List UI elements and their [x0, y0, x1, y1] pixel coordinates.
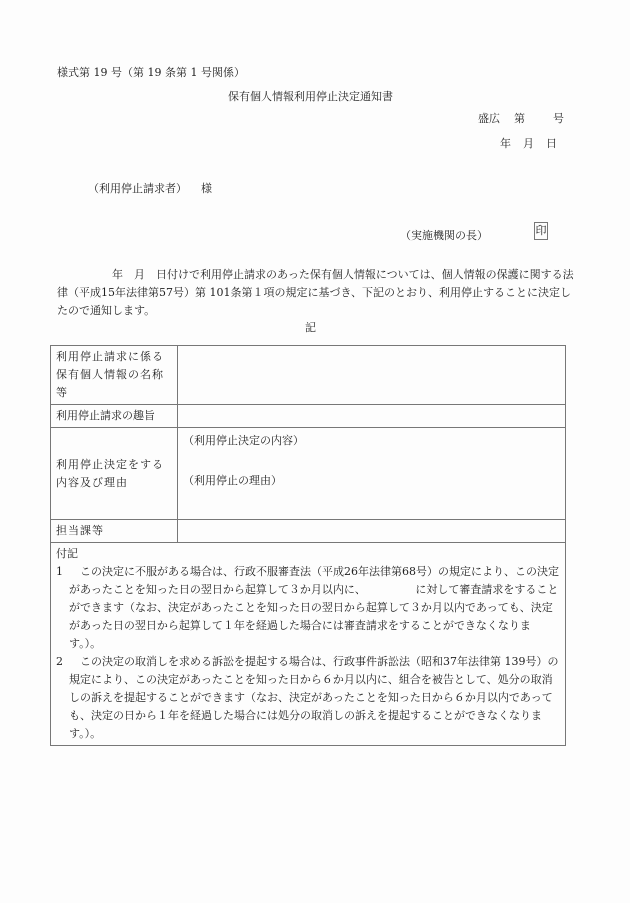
table-row: 利用停止決定をする内容及び理由 （利用停止決定の内容） （利用停止の理由） [51, 428, 566, 520]
addressee-label: （利用停止請求者） [88, 182, 187, 195]
doc-number-go: 号 [553, 110, 564, 126]
row-label: 利用停止請求の趣旨 [51, 405, 178, 428]
addressee: （利用停止請求者）様 [88, 180, 212, 196]
addressee-honorific: 様 [201, 182, 212, 195]
row-label: 担当課等 [51, 520, 178, 543]
note-number: 1 [56, 563, 80, 581]
document-number: 盛広第号 [478, 110, 564, 126]
decision-content-label: （利用停止決定の内容） [183, 432, 560, 450]
date-year: 年 [500, 137, 511, 150]
note-item: 1この決定に不服がある場合は、行政不服審査法（平成26年法律第68号）の規定によ… [56, 563, 560, 653]
date-day: 日 [546, 137, 557, 150]
notes-heading: 付記 [56, 545, 560, 563]
document-title: 保有個人情報利用停止決定通知書 [228, 88, 393, 104]
note-text: この決定に不服がある場合は、行政不服審査法（平成26年法律第68号）の規定により… [69, 565, 559, 650]
doc-number-prefix: 盛広 [478, 110, 500, 126]
notes-cell: 付記 1この決定に不服がある場合は、行政不服審査法（平成26年法律第68号）の規… [51, 543, 566, 746]
document-date: 年月日 [500, 135, 557, 151]
notes-row: 付記 1この決定に不服がある場合は、行政不服審査法（平成26年法律第68号）の規… [51, 543, 566, 746]
seal-stamp: 印 [534, 222, 548, 240]
ki-heading: 記 [305, 319, 316, 335]
decision-table: 利用停止請求に係る保有個人情報の名称等 利用停止請求の趣旨 利用停止決定をする内… [50, 345, 566, 746]
doc-number-dai: 第 [514, 110, 525, 126]
note-item: 2この決定の取消しを求める訴訟を提起する場合は、行政事件訴訟法（昭和37年法律第… [56, 653, 560, 743]
table-row: 利用停止請求の趣旨 [51, 405, 566, 428]
form-number: 様式第 19 号（第 19 条第 1 号関係） [57, 64, 245, 80]
date-month: 月 [523, 137, 534, 150]
row-value: （利用停止決定の内容） （利用停止の理由） [178, 428, 566, 520]
body-text: 年 月 日付けで利用停止請求のあった保有個人情報については、個人情報の保護に関す… [57, 266, 575, 320]
row-value [178, 520, 566, 543]
table-row: 利用停止請求に係る保有個人情報の名称等 [51, 346, 566, 405]
row-label: 利用停止請求に係る保有個人情報の名称等 [51, 346, 178, 405]
note-number: 2 [56, 653, 80, 671]
row-label: 利用停止決定をする内容及び理由 [51, 428, 178, 520]
decision-reason-label: （利用停止の理由） [183, 472, 560, 490]
sender-label: （実施機関の長） [400, 227, 488, 243]
row-value [178, 405, 566, 428]
row-value [178, 346, 566, 405]
table-row: 担当課等 [51, 520, 566, 543]
note-text: この決定の取消しを求める訴訟を提起する場合は、行政事件訴訟法（昭和37年法律第 … [69, 655, 559, 740]
